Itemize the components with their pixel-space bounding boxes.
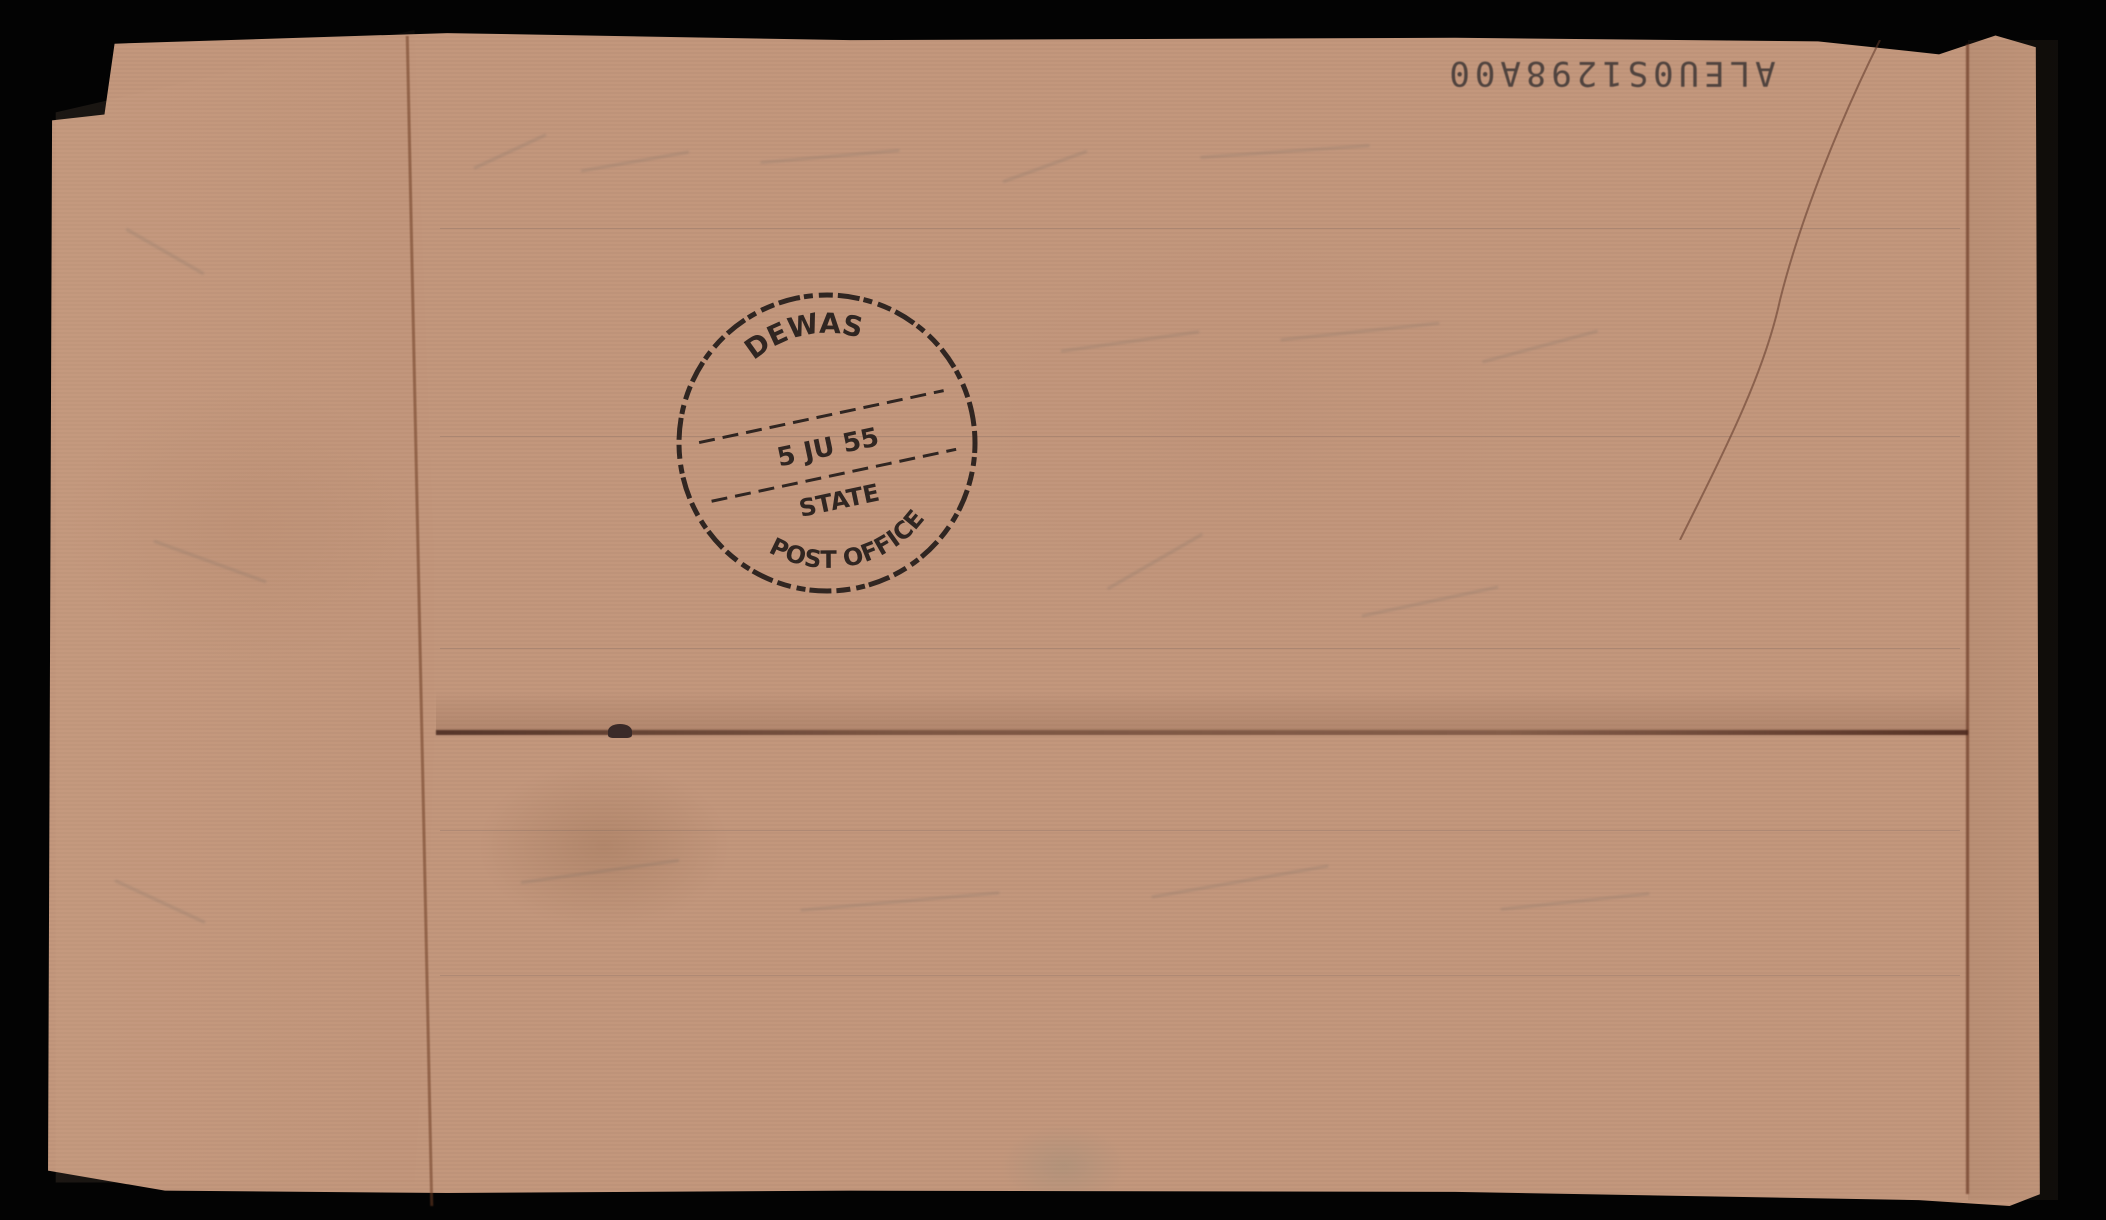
flap-edge	[436, 730, 1968, 735]
svg-text:POST OFFICE: POST OFFICE	[761, 501, 937, 589]
ink-blot	[608, 724, 632, 738]
right-fold-crease	[1966, 44, 1969, 1194]
ruled-line	[440, 975, 1960, 976]
left-flap	[44, 30, 434, 1206]
postmark-bottom-arc: POST OFFICE	[761, 501, 937, 589]
ruled-line	[440, 648, 1960, 649]
postmark-cancellation: DEWAS 5 JU 55 STATE POST OFFICE	[643, 259, 1011, 627]
postmark-state: STATE	[797, 479, 882, 523]
paper-crack	[1640, 40, 1940, 540]
svg-text:DEWAS: DEWAS	[735, 296, 872, 369]
ruled-line	[440, 830, 1960, 831]
right-flap	[1968, 40, 2058, 1200]
flap-shadow	[436, 690, 1968, 735]
postmark-top-arc: DEWAS	[735, 296, 872, 369]
pencil-inventory-code: ALEU0S1298A00	[1400, 48, 1820, 98]
postmark-date: 5 JU 55	[774, 422, 881, 473]
